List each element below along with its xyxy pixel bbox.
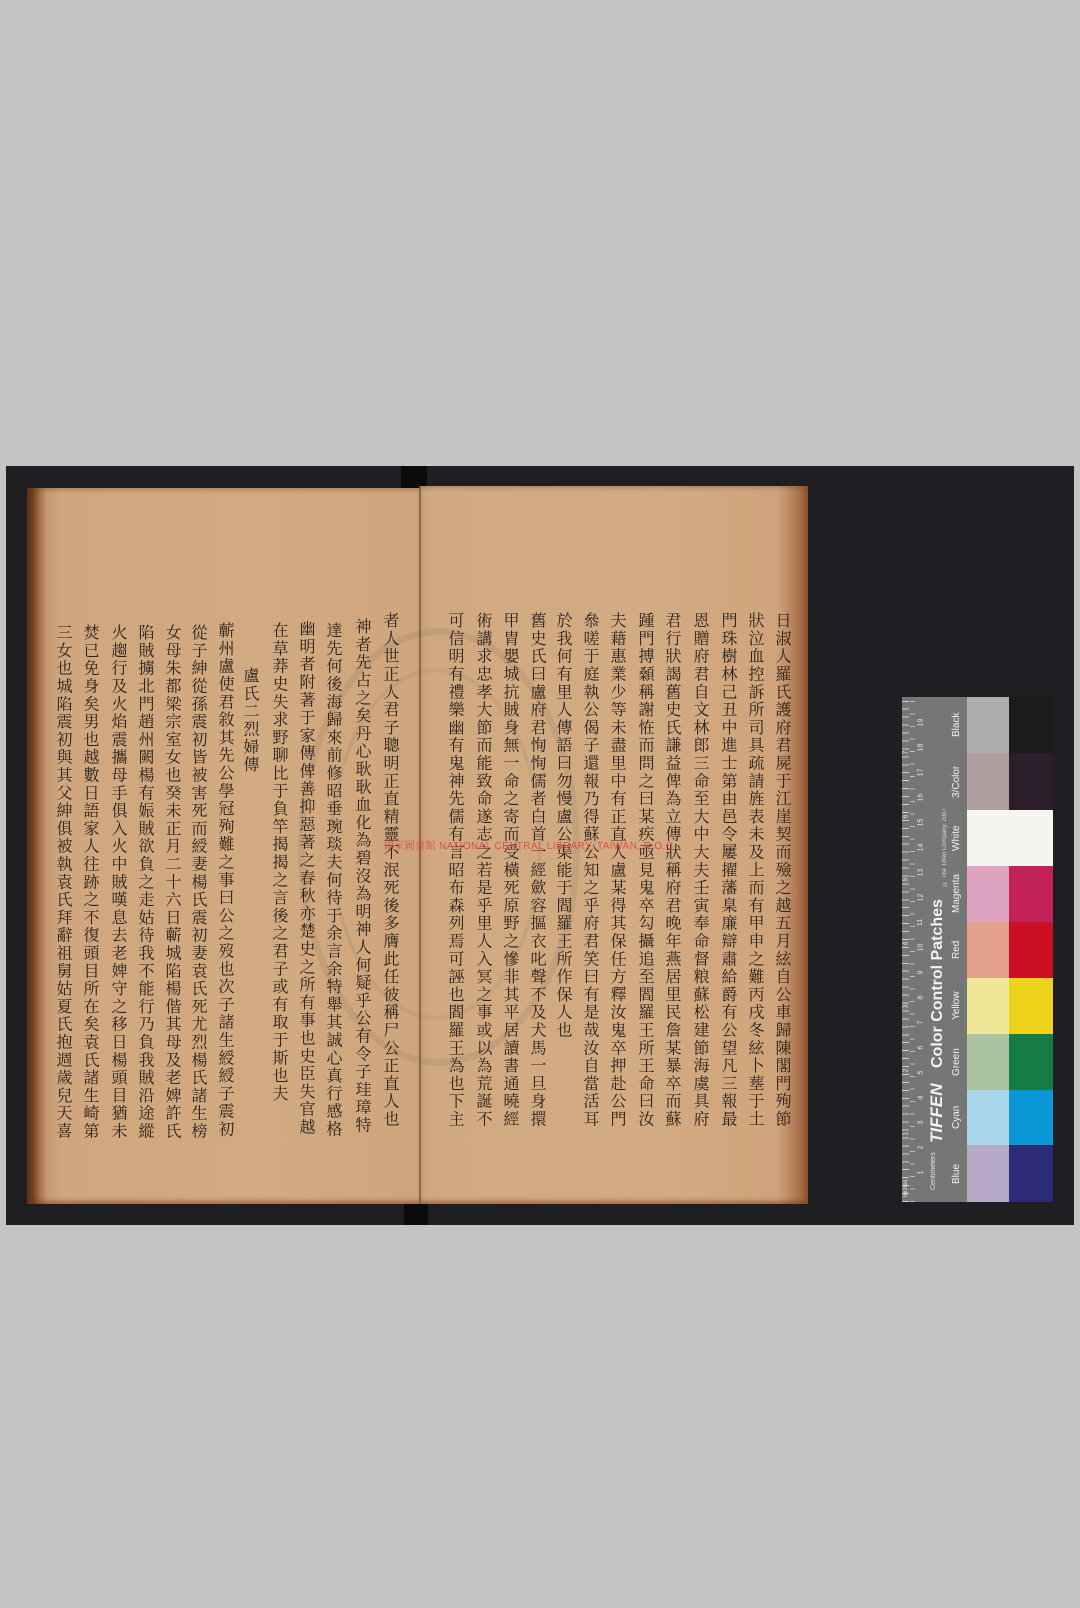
patch-label-black: Black xyxy=(951,697,962,753)
patch-red-light xyxy=(967,922,1009,978)
patch-label-cyan: Cyan xyxy=(951,1090,962,1145)
inch-label: 2 xyxy=(902,1069,909,1073)
patch-label-white: White xyxy=(951,810,962,866)
cm-label: 15 xyxy=(917,819,924,827)
right-page-column-9: 於我何有里人傳語曰勿慢盧公渠能于閻羅王所作保人也 xyxy=(553,612,573,1039)
cm-label: 4 xyxy=(917,1096,924,1100)
cm-label: 5 xyxy=(917,1071,924,1075)
cm-label: 16 xyxy=(917,794,924,802)
right-page-column-4: 恩贈府君自文林郎三命至大中大夫壬寅奉命督粮蘇松建節海虞具府 xyxy=(690,612,710,1128)
right-page-column-5: 君行狀謁舊史氏謙益俾為立傳狀稱府君晚年燕居里民詹某暴卒而蘇 xyxy=(662,612,682,1128)
right-page-column-10: 舊史氏曰盧府君恂恂儒者白首一經歛容摳衣叱聲不及犬馬一旦身擐 xyxy=(527,612,547,1128)
left-page-column-5: 在草莽史失求野聊比于負竿揭揭之言後之君子或有取于斯也夫 xyxy=(269,622,289,1103)
section-title: 盧氏二烈婦傳 xyxy=(240,667,260,774)
patch-cyan-light xyxy=(967,1090,1009,1145)
patch-label-green: Green xyxy=(951,1034,962,1090)
patch-label-blue: Blue xyxy=(951,1145,962,1202)
right-page-column-12: 術講求忠孝大節而能致命遂志之若是乎里人入冥之事或以為荒誕不 xyxy=(473,612,493,1128)
cm-label: 13 xyxy=(917,869,924,877)
inch-label: 6 xyxy=(902,815,909,819)
left-page-column-9: 女母朱都梁宗室女也癸未正月二十六日蘄城陷楊偕其母及老婢許氏 xyxy=(162,624,182,1140)
patch-black-dark xyxy=(1009,697,1053,753)
patch-label-yellow: Yellow xyxy=(951,978,962,1034)
inch-label: 3 xyxy=(902,1005,909,1009)
cm-label: 3 xyxy=(917,1121,924,1125)
patch-label-3color: 3/Color xyxy=(951,753,962,810)
right-page-column-11: 甲胄嬰城抗賊身無一命之寄而受橫死原野之慘非其平居讀書通曉經 xyxy=(500,612,520,1128)
spine-top xyxy=(401,466,427,488)
left-page-column-12: 焚已免身矣男也越數日語家人往跡之不復頭目所在矣袁氏諸生崎第 xyxy=(80,624,100,1140)
left-page-column-2: 神者先占之矣丹心耿耿血化為碧沒為明神人何疑乎公有令子珪璋特 xyxy=(352,618,372,1134)
left-page-column-11: 火趨行及火焰震攜母手俱入火中賊嘆息去老婢守之移日楊頭目猶未 xyxy=(108,624,128,1140)
centimeter-ticks xyxy=(910,697,915,1202)
cm-label: 11 xyxy=(917,919,924,926)
left-page-column-10: 陷賊擄北門趙州闕楊有娠賊欲負之走姑待我不能行乃負我賊沿途縱 xyxy=(135,624,155,1140)
patch-blue-light xyxy=(967,1145,1009,1202)
cm-label: 6 xyxy=(917,1046,924,1050)
cm-label: 9 xyxy=(917,971,924,975)
right-page-column-2: 狀泣血控訴所司具疏請旌表未及上而有甲申之難丙戌冬絃卜塟于土 xyxy=(745,612,765,1128)
inches-label: Inches xyxy=(903,1176,909,1200)
cm-label: 18 xyxy=(917,744,924,752)
library-watermark: 國家圖書館 NATIONAL CENTRAL LIBRARY, TAIWAN, … xyxy=(384,837,673,852)
inch-ticks xyxy=(902,697,909,1202)
cm-label: 14 xyxy=(917,844,924,852)
patch-3color-dark xyxy=(1009,753,1053,810)
right-page-column-7: 夫藉惠業少等未盡里中有正直人盧某得其保任方釋汝鬼卒押赴公門 xyxy=(607,612,627,1128)
right-page-column-8: 叅嗟于庭執公偈子還報乃得蘇公知之乎府君笑曰有是哉汝自當活耳 xyxy=(580,612,600,1128)
cm-label: 19 xyxy=(917,719,924,727)
left-page-column-1: 者人世正人君子聰明正直精靈不泯死後多膺此任彼稱尸公正直人也 xyxy=(380,612,400,1128)
patch-cyan-dark xyxy=(1009,1090,1053,1145)
inch-label: 5 xyxy=(902,878,909,882)
spine-bottom xyxy=(404,1204,428,1225)
patch-3color-light xyxy=(967,753,1009,810)
right-page-column-3: 門珠樹林己丑中進士第由邑令屢擢藩臬廉辯肅給爵有公望凡三報最 xyxy=(718,612,738,1128)
centimeters-label: Centimeters xyxy=(930,1148,937,1194)
patch-red-dark xyxy=(1009,922,1053,978)
left-page-column-8: 從子紳從孫震初皆被害死而綬妻楊氏震初妻袁氏死尤烈楊氏諸生榜 xyxy=(188,624,208,1140)
patch-magenta-light xyxy=(967,866,1009,922)
patch-magenta-dark xyxy=(1009,866,1053,922)
patch-green-light xyxy=(967,1034,1009,1090)
cm-label: 1 xyxy=(917,1171,924,1175)
inch-label: 1 xyxy=(902,1132,909,1136)
patch-black-light xyxy=(967,697,1009,753)
cm-label: 2 xyxy=(917,1146,924,1150)
patch-label-magenta: Magenta xyxy=(951,866,962,922)
cm-label: 12 xyxy=(917,894,924,902)
cm-label: 10 xyxy=(917,944,924,952)
patch-yellow-dark xyxy=(1009,978,1053,1034)
card-copyright: © The Tiffen Company, 2007 xyxy=(942,808,948,886)
inch-label: 4 xyxy=(902,942,909,946)
cm-label: 7 xyxy=(917,1021,924,1025)
cm-label: 8 xyxy=(917,996,924,1000)
patch-blue-dark xyxy=(1009,1145,1053,1202)
patch-white xyxy=(967,810,1053,866)
left-page-column-3: 達先何後海歸來前修昭垂琬琰夫何待于余言余特舉其誠心真行感格 xyxy=(323,622,343,1138)
left-page-column-13: 三女也城陷震初與其父紳俱被執袁氏拜辭祖舅姑夏氏抱週歲兒天喜 xyxy=(53,624,73,1140)
right-page-column-1: 日淑人羅氏護府君屍于江崖契而殮之越五月絃自公車歸陳閣門殉節 xyxy=(772,612,792,1128)
patch-label-red: Red xyxy=(951,922,962,978)
cm-label: 17 xyxy=(917,769,924,777)
right-page-column-13: 可信明有禮樂幽有鬼神先儒有言昭布森列焉可誣也閻羅王為也下主 xyxy=(445,612,465,1128)
tiffen-logo: TIFFEN xyxy=(927,1080,947,1146)
card-title: Color Control Patches xyxy=(929,890,947,1078)
patch-yellow-light xyxy=(967,978,1009,1034)
left-page-column-4: 幽明者附著于家傳俾善抑惡著之春秋亦楚史之所有事也史臣失官越 xyxy=(296,620,316,1136)
left-page-column-7: 蘄州盧使君敘其先公學冠殉難之事曰公之歿也次子諸生綬綬子震初 xyxy=(215,622,235,1138)
patch-green-dark xyxy=(1009,1034,1053,1090)
right-page-column-6: 踵門搏顙稱謝恠而問之曰某疾亟見鬼卒勾攝追至閻羅王所王命曰汝 xyxy=(635,612,655,1128)
inch-label: 7 xyxy=(902,751,909,755)
